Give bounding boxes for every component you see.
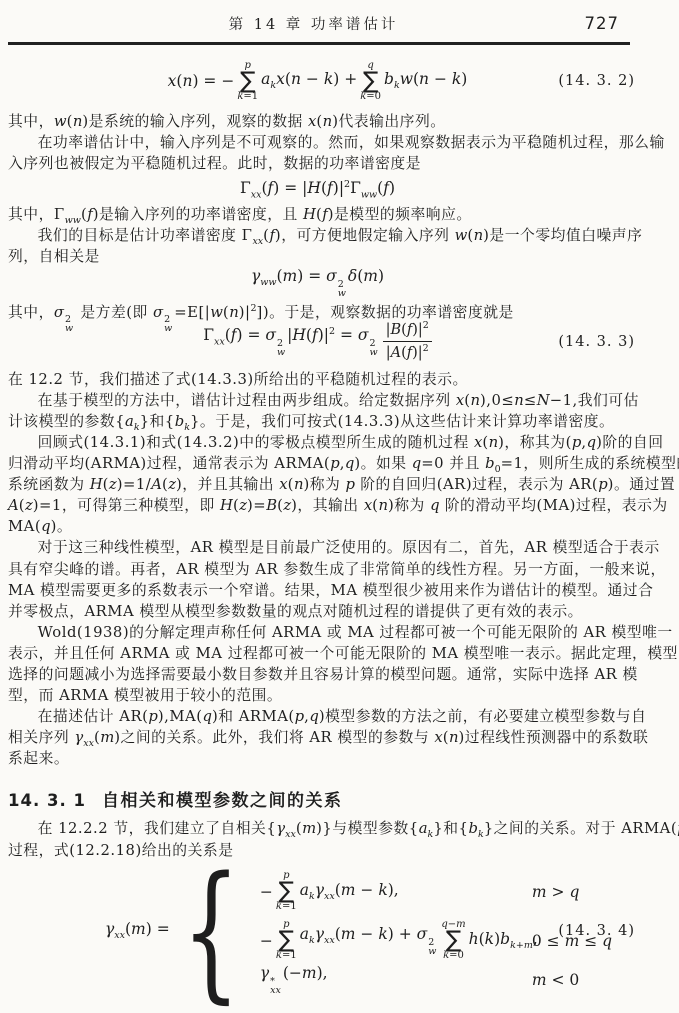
sum-lower-limit: k=1 [237, 92, 258, 102]
case-row: − p ∑ k=1 akγxx(m − k), m > q [260, 869, 679, 915]
fraction-numerator: |B(f)|2 [383, 320, 432, 342]
summation-symbol: q−m ∑ k=0 [441, 920, 465, 961]
equation-label: (14. 3. 2) [558, 73, 635, 89]
equation-label: (14. 3. 4) [558, 923, 635, 939]
case-row: γ*xx(−m), m < 0 [260, 967, 679, 993]
text-line: MA 模型需要更多的系数表示一个窄谱。结果，MA 模型很少被用来作为谱估计的模型… [8, 580, 671, 601]
math-fragment: − [260, 932, 273, 950]
math-fragment: γxx(m) = [105, 920, 170, 941]
text-line: A(z)=1，可得第三种模型，即 H(z)=B(z)，其输出 x(n)称为 q … [8, 495, 671, 516]
sigma-icon: ∑ [279, 881, 295, 902]
case-condition: m < 0 [532, 971, 579, 989]
section-number: 14. 3. 1 [8, 791, 86, 810]
math-fragment: akγxx(m − k) + σ2w [300, 925, 439, 956]
text-line: 计该模型的参数{ak}和{bk}。于是，我们可按式(14.3.3)从这些估计来计… [8, 411, 671, 432]
text-line: 对于这三种线性模型，AR 模型是目前最广泛使用的。原因有二，首先，AR 模型适合… [8, 537, 671, 558]
text-line: MA(q)。 [8, 516, 671, 537]
text-line: 其中，σ2w 是方差(即 σ2w=E[|w(n)|2])。于是，观察数据的功率谱… [8, 298, 671, 319]
sigma-icon: ∑ [363, 71, 379, 92]
text-line: 列，自相关是 [8, 246, 671, 267]
equation-14-3-3: Γxx(f) = σ2w|H(f)|2 = σ2w |B(f)|2 |A(f)|… [8, 319, 671, 365]
section-title: 自相关和模型参数之间的关系 [102, 786, 343, 811]
text-line: 相关序列 γxx(m)之间的关系。此外，我们将 AR 模型的参数与 x(n)过程… [8, 727, 671, 748]
text-line: 系起来。 [8, 748, 671, 769]
case-condition: m > q [532, 883, 579, 901]
math-fragment: γww(m) = σ2wδ(m) [251, 267, 384, 298]
text-line: 在功率谱估计中，输入序列是不可观察的。然而，如果观察数据表示为平稳随机过程，那么… [8, 132, 671, 153]
math-fragment: Γxx(f) = σ2w|H(f)|2 = σ2w [203, 326, 379, 357]
page-body: x(n) = − p ∑ k=1 akx(n − k) + q ∑ k=0 bk… [8, 55, 671, 993]
text-line: 在 12.2 节，我们描述了式(14.3.3)所给出的平稳随机过程的表示。 [8, 369, 671, 390]
math-fragment: x(n) = − [168, 72, 235, 90]
text-line: 我们的目标是估计功率谱密度 Γxx(f)，可方便地假定输入序列 w(n)是一个零… [8, 225, 671, 246]
sum-lower-limit: k=0 [443, 951, 464, 961]
math-fragment: h(k)bk+m, [469, 930, 538, 951]
sum-lower-limit: k=1 [276, 951, 297, 961]
math-fragment: − [260, 883, 273, 901]
text-line: 表示，并且任何 ARMA 或 MA 过程都可被一个可能无限阶的 MA 模型唯一表… [8, 643, 671, 664]
fraction-denominator: |A(f)|2 [383, 342, 432, 363]
math-fragment: γ*xx(−m), [260, 964, 328, 995]
text-line: 在描述估计 AR(p),MA(q)和 ARMA(p,q)模型参数的方法之前，有必… [8, 706, 671, 727]
text-line: Wold(1938)的分解定理声称任何 ARMA 或 MA 过程都可被一个可能无… [8, 622, 671, 643]
math-fragment: bkw(n − k) [384, 70, 467, 91]
summation-symbol: p ∑ k=1 [237, 61, 258, 102]
math-fragment: akγxx(m − k), [300, 881, 399, 902]
text-line: 在 12.2.2 节，我们建立了自相关{γxx(m)}与模型参数{ak}和{bk… [8, 818, 671, 839]
sum-lower-limit: k=1 [276, 902, 297, 912]
running-head: 第 14 章 功率谱估计 [8, 13, 671, 34]
equation-14-3-2: x(n) = − p ∑ k=1 akx(n − k) + q ∑ k=0 bk… [8, 55, 671, 107]
book-page: 第 14 章 功率谱估计 727 x(n) = − p ∑ k=1 akx(n … [0, 0, 679, 1013]
equation-14-3-4: γxx(m) = { − p ∑ k=1 akγxx(m − k), m > q… [8, 869, 671, 993]
page-number: 727 [585, 14, 620, 33]
math-fragment: Γxx(f) = |H(f)|2Γww(f) [240, 179, 395, 200]
equation-psd: Γxx(f) = |H(f)|2Γww(f) [8, 176, 671, 202]
equation-label: (14. 3. 3) [558, 334, 635, 350]
fraction: |B(f)|2 |A(f)|2 [383, 320, 432, 362]
cases-brace: { [182, 869, 240, 993]
text-line: 系统函数为 H(z)=1/A(z)，并且其输出 x(n)称为 p 阶的自回归(A… [8, 474, 671, 495]
page-header: 第 14 章 功率谱估计 727 [8, 13, 671, 49]
summation-symbol: q ∑ k=0 [360, 61, 381, 102]
text-line: 在基于模型的方法中，谱估计过程由两步组成。给定数据序列 x(n),0≤n≤N−1… [8, 390, 671, 411]
text-line: 过程，式(12.2.18)给出的关系是 [8, 840, 671, 861]
text-line: 其中，w(n)是系统的输入序列，观察的数据 x(n)代表输出序列。 [8, 111, 671, 132]
text-line: 选择的问题减小为选择需要最小数目参数并且容易计算的模型问题。通常，实际中选择 A… [8, 664, 671, 685]
text-line: 回顾式(14.3.1)和式(14.3.2)中的零极点模型所生成的随机过程 x(n… [8, 432, 671, 453]
sigma-icon: ∑ [279, 930, 295, 951]
equation-autocorrelation: γww(m) = σ2wδ(m) [8, 270, 671, 296]
text-line: 具有窄尖峰的谱。再者，AR 模型为 AR 参数生成了非常简单的线性方程。另一方面… [8, 559, 671, 580]
header-rule [8, 42, 630, 45]
text-line: 入序列也被假定为平稳随机过程。此时，数据的功率谱密度是 [8, 153, 671, 174]
summation-symbol: p ∑ k=1 [276, 871, 297, 912]
math-fragment: akx(n − k) + [261, 70, 357, 91]
section-heading: 14. 3. 1 自相关和模型参数之间的关系 [8, 786, 671, 811]
text-line: 其中，Γww(f)是输入序列的功率谱密度，且 H(f)是模型的频率响应。 [8, 204, 671, 225]
summation-symbol: p ∑ k=1 [276, 920, 297, 961]
text-line: 归滑动平均(ARMA)过程，通常表示为 ARMA(p,q)。如果 q=0 并且 … [8, 453, 671, 474]
text-line: 型，而 ARMA 模型被用于较小的范围。 [8, 685, 671, 706]
sigma-icon: ∑ [240, 71, 256, 92]
sum-lower-limit: k=0 [360, 92, 381, 102]
text-line: 并零极点，ARMA 模型从模型参数数量的观点对随机过程的谱提供了更有效的表示。 [8, 601, 671, 622]
sigma-icon: ∑ [446, 930, 462, 951]
